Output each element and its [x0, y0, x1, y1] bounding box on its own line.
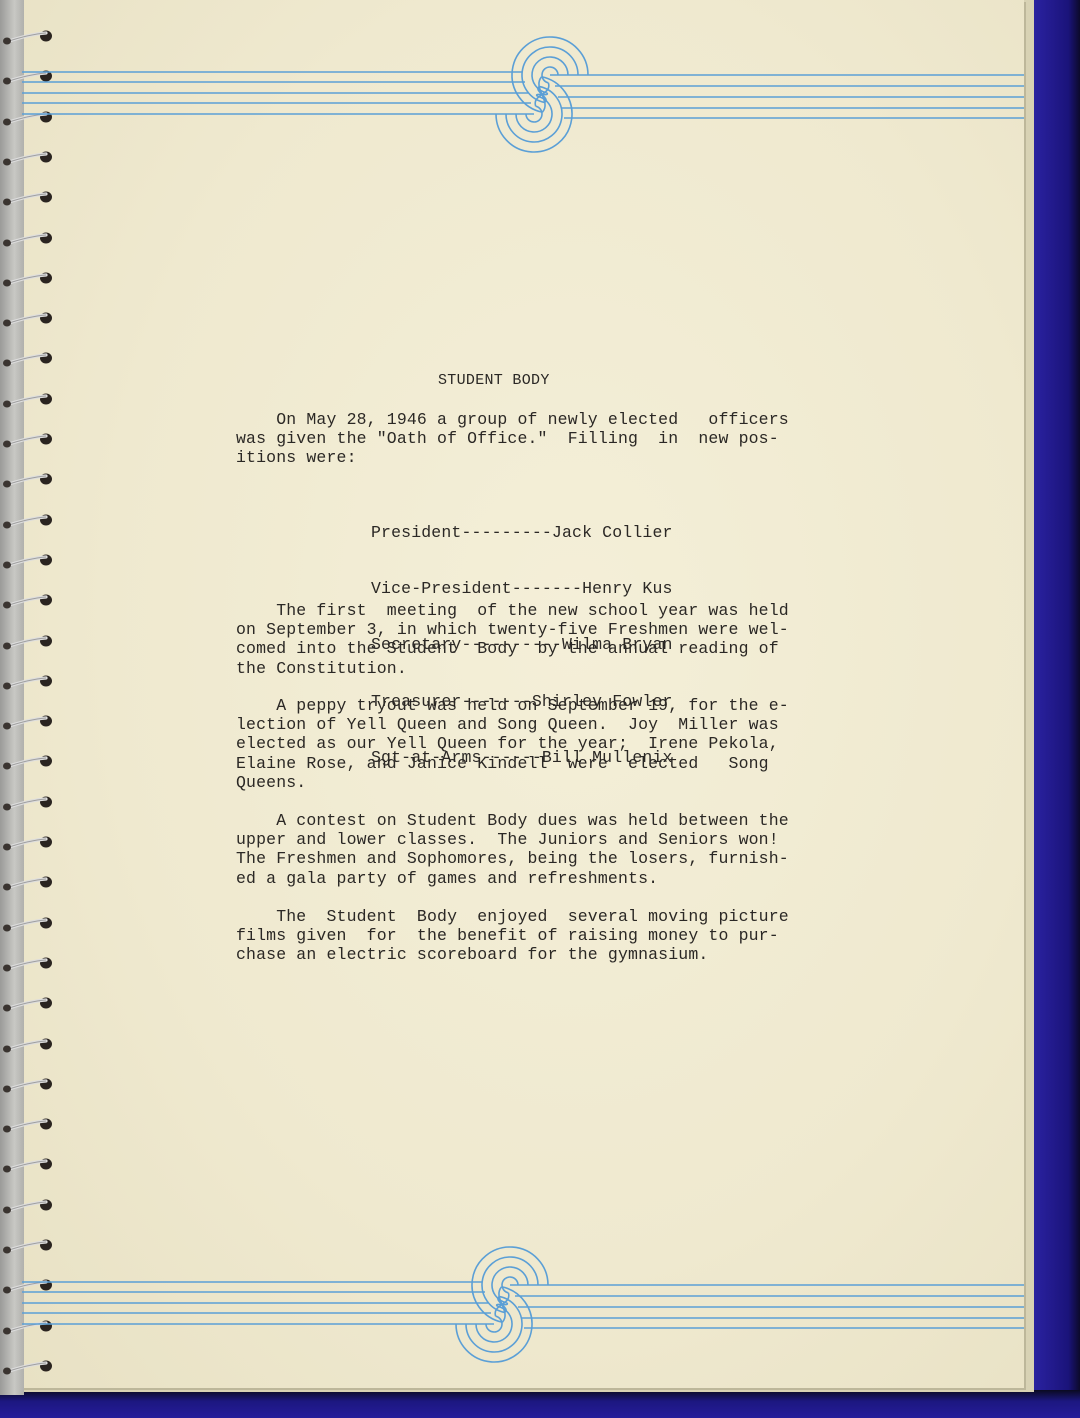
paragraph-oath: On May 28, 1946 a group of newly elected…: [236, 410, 851, 468]
spiral-ring: [2, 957, 54, 973]
spiral-ring: [2, 514, 54, 530]
spiral-ring: [2, 836, 54, 852]
spiral-ring: [2, 917, 54, 933]
spiral-ring: [2, 635, 54, 651]
spiral-ring: [2, 997, 54, 1013]
spiral-ring: [2, 876, 54, 892]
paragraph-tryout: A peppy tryout was held on September 19,…: [236, 696, 851, 792]
spiral-ring: [2, 755, 54, 771]
spiral-ring: [2, 796, 54, 812]
spiral-ring: [2, 232, 54, 248]
spiral-ring: [2, 312, 54, 328]
spiral-ring: [2, 1078, 54, 1094]
bottom-ornament-icon: [22, 1230, 1024, 1380]
spiral-ring: [2, 191, 54, 207]
paragraph-dues-contest: A contest on Student Body dues was held …: [236, 811, 851, 888]
paragraph-movies: The Student Body enjoyed several moving …: [236, 907, 851, 965]
spiral-ring: [2, 554, 54, 570]
notebook-cover-edge: [1034, 0, 1080, 1418]
page-title: STUDENT BODY: [438, 372, 550, 389]
spiral-ring: [2, 272, 54, 288]
spiral-ring: [2, 433, 54, 449]
spiral-ring: [2, 675, 54, 691]
paragraph-first-meeting: The first meeting of the new school year…: [236, 601, 851, 678]
spiral-ring: [2, 1038, 54, 1054]
officer-row: President---------Jack Collier: [371, 524, 673, 543]
spiral-ring: [2, 1199, 54, 1215]
spiral-ring: [2, 473, 54, 489]
spiral-ring: [2, 594, 54, 610]
spiral-ring: [2, 1158, 54, 1174]
spiral-ring: [2, 352, 54, 368]
officer-row: Vice-President-------Henry Kus: [371, 580, 673, 599]
spiral-ring: [2, 1118, 54, 1134]
top-ornament-icon: [22, 20, 1024, 170]
notebook-cover-bottom: [0, 1390, 1080, 1418]
spiral-binding: [0, 0, 24, 1395]
spiral-ring: [2, 393, 54, 409]
spiral-ring: [2, 715, 54, 731]
